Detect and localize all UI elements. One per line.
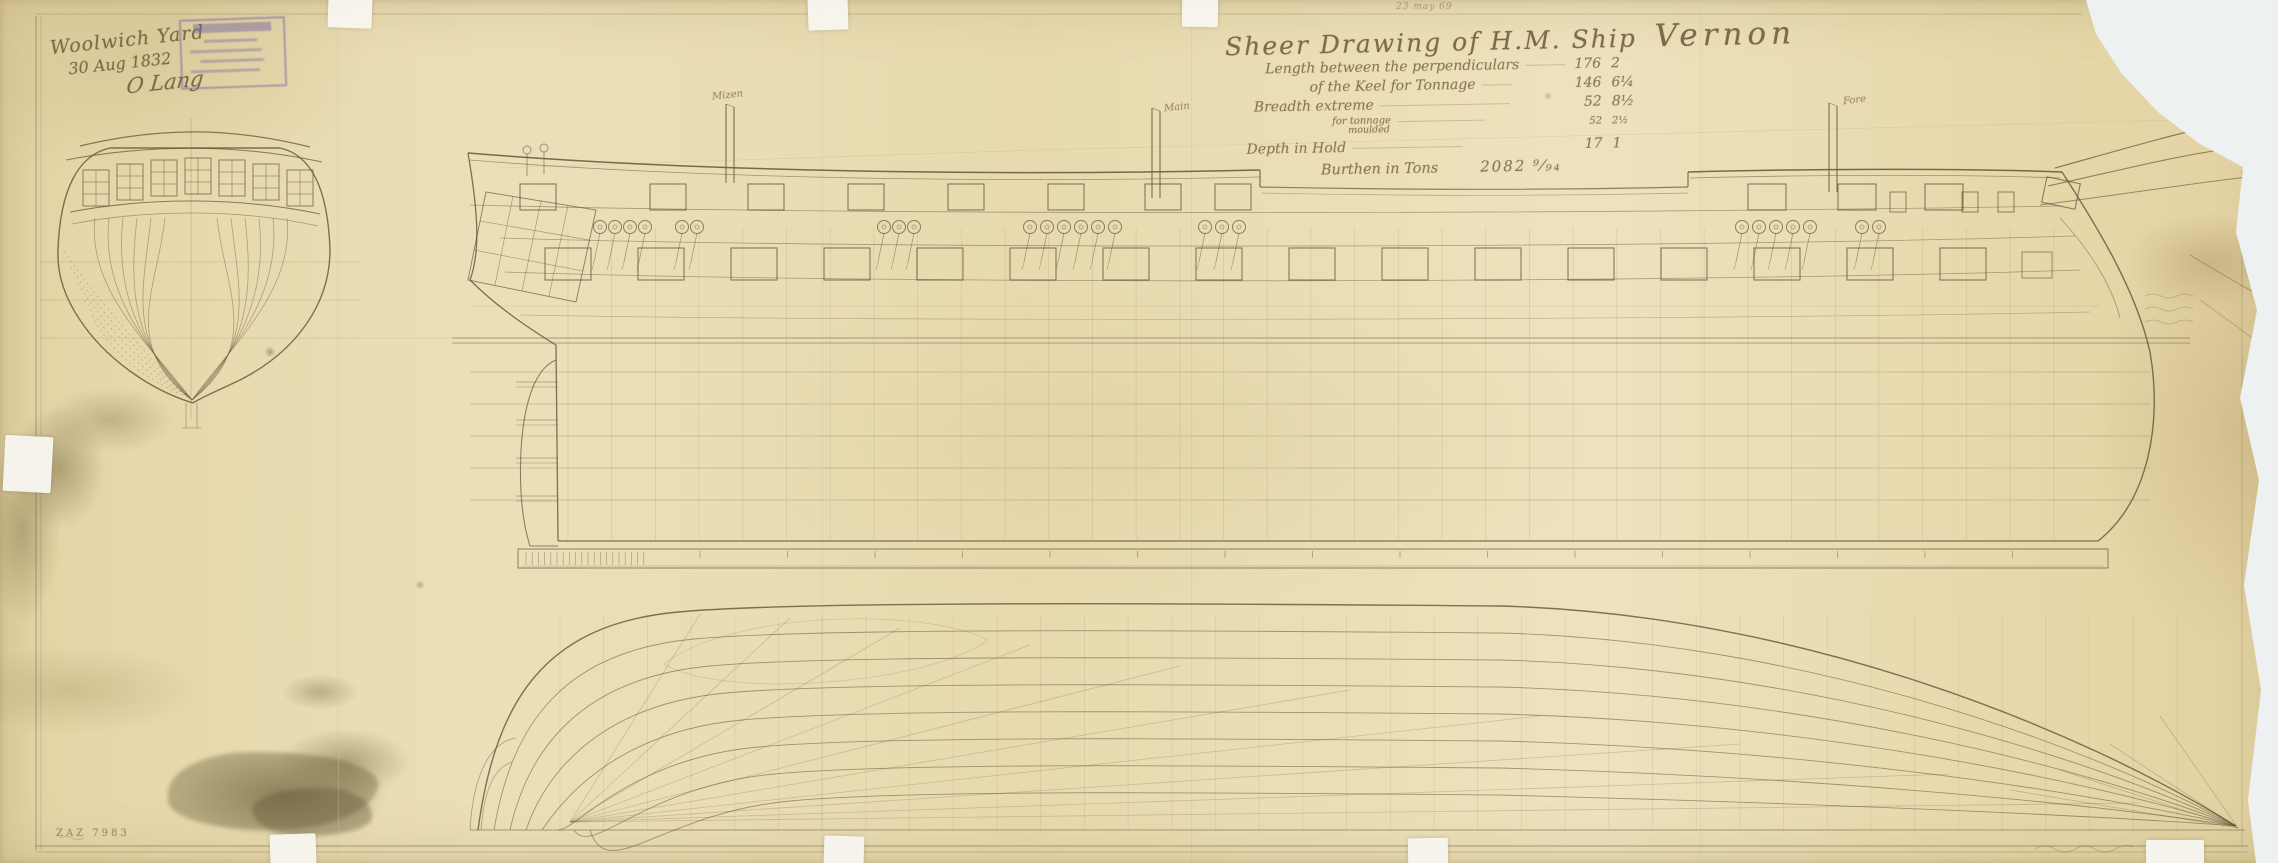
tape-patch xyxy=(807,0,848,31)
scan-background: Sheer Drawing of H.M. ShipVernon 23 may … xyxy=(0,0,2278,863)
archive-number: ZAZ 7983 xyxy=(56,828,130,839)
tape-patch xyxy=(3,435,54,493)
body-plan xyxy=(40,118,452,428)
tape-patch xyxy=(327,0,372,29)
tape-patch xyxy=(269,833,316,863)
archive-stamp xyxy=(179,16,287,90)
tape-patch xyxy=(1182,0,1219,27)
tape-patch xyxy=(2146,840,2204,863)
plan-sheet: Sheer Drawing of H.M. ShipVernon 23 may … xyxy=(0,0,2278,863)
ship-plan-linework xyxy=(0,0,2278,863)
ship-name: Vernon xyxy=(1654,15,1796,54)
pencil-annotation: 23 may 69 xyxy=(1396,2,1453,12)
paper-marks xyxy=(60,255,2268,852)
sheet-border xyxy=(36,14,2248,852)
stamp-header-band xyxy=(193,22,271,34)
tape-patch xyxy=(1408,838,1448,863)
half-breadth-plan xyxy=(470,604,2245,851)
tape-patch xyxy=(824,835,865,863)
